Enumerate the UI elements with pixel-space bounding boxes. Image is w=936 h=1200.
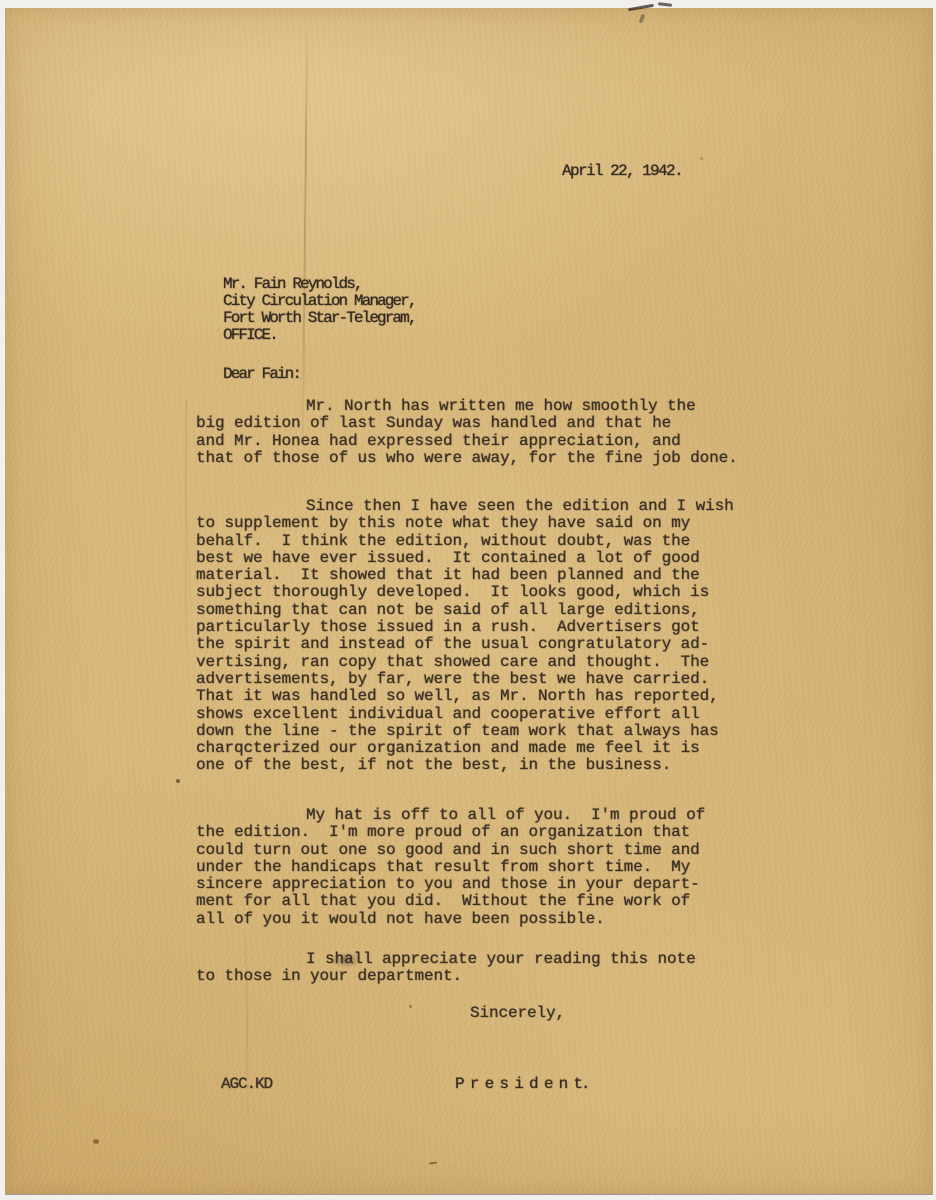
typist-initials: AGC.KD — [221, 1076, 272, 1093]
paragraph-2: Since then I have seen the edition and I… — [196, 498, 734, 775]
salutation: Dear Fain: — [223, 366, 300, 383]
paragraph-1: Mr. North has written me how smoothly th… — [196, 398, 738, 467]
letter-date: April 22, 1942. — [562, 163, 682, 180]
closing-sincerely: Sincerely, — [470, 1005, 565, 1022]
scanned-letter: April 22, 1942. Mr. Fain Reynolds, City … — [0, 0, 936, 1200]
address-line-company: Fort Worth Star-Telegram, — [223, 309, 416, 327]
address-line-office: OFFICE. — [223, 326, 277, 344]
address-line-title: City Circulation Manager, — [223, 292, 416, 310]
recipient-address: Mr. Fain Reynolds, City Circulation Mana… — [223, 276, 416, 344]
address-line-name: Mr. Fain Reynolds, — [223, 275, 362, 293]
paragraph-4: I shall appreciate your reading this not… — [196, 951, 696, 986]
ink-smudge-top — [658, 2, 672, 6]
paragraph-3: My hat is off to all of you. I'm proud o… — [196, 807, 705, 928]
signature-title-president: P r e s i d e n t. — [455, 1076, 588, 1093]
